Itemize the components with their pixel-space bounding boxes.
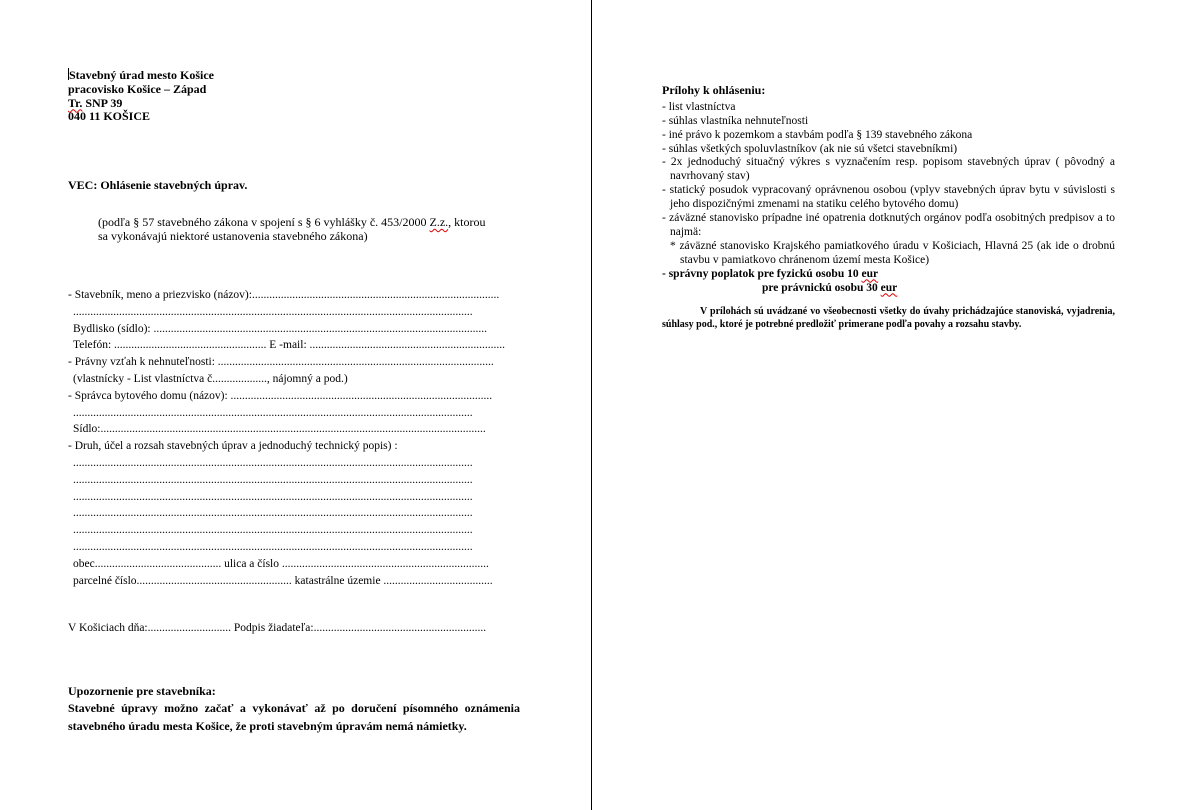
field-description-line[interactable]: ........................................…: [68, 539, 520, 556]
attachments-note: V prílohách sú uvádzané vo všeobecnosti …: [662, 305, 1115, 331]
spellcheck-mark: Z.z.: [429, 215, 448, 229]
attachments-list: - list vlastníctva - súhlas vlastníka ne…: [662, 101, 1115, 296]
address-line-2: pracovisko Košice – Západ: [68, 83, 520, 97]
field-residence[interactable]: Bydlisko (sídlo): ......................…: [68, 321, 520, 338]
field-parcel-cadastre[interactable]: parcelné číslo..........................…: [68, 573, 520, 590]
spellcheck-mark: eur: [881, 282, 898, 294]
spellcheck-mark: Tr.: [68, 96, 82, 110]
attachment-item: - iné právo k pozemkom a stavbám podľa §…: [662, 129, 1115, 143]
field-description-line[interactable]: ........................................…: [68, 472, 520, 489]
fee-legal-person: pre právnickú osobu 30 eur: [662, 282, 1115, 296]
field-phone-email[interactable]: Telefón: ...............................…: [68, 337, 520, 354]
field-description-line[interactable]: ........................................…: [68, 455, 520, 472]
attachment-item: - statický posudok vypracovaný oprávneno…: [662, 184, 1115, 212]
attachment-item: - súhlas vlastníka nehnuteľnosti: [662, 115, 1115, 129]
field-building-manager-cont[interactable]: ........................................…: [68, 405, 520, 422]
attachment-item: - súhlas všetkých spoluvlastníkov (ak ni…: [662, 143, 1115, 157]
address-line-1[interactable]: Stavebný úrad mesto Košice: [68, 68, 520, 83]
description-label: - Druh, účel a rozsah stavebných úprav a…: [68, 438, 520, 455]
field-date-signature[interactable]: V Košiciach dňa:........................…: [68, 620, 520, 637]
attachments-title: Prílohy k ohláseniu:: [662, 84, 1115, 98]
legal-relation-hint: (vlastnícky - List vlastníctva č........…: [68, 371, 520, 388]
recipient-address: Stavebný úrad mesto Košice pracovisko Ko…: [68, 68, 520, 124]
warning-title: Upozornenie pre stavebníka:: [68, 685, 520, 699]
spellcheck-mark: eur: [861, 268, 878, 280]
field-seat[interactable]: Sídlo:..................................…: [68, 421, 520, 438]
subject-heading: VEC: Ohlásenie stavebných úprav.: [68, 179, 520, 193]
field-description-line[interactable]: ........................................…: [68, 489, 520, 506]
attachment-item: - 2x jednoduchý situačný výkres s vyznač…: [662, 156, 1115, 184]
page-left: Stavebný úrad mesto Košice pracovisko Ko…: [68, 68, 520, 735]
fee-natural-person: - správny poplatok pre fyzickú osobu 10 …: [662, 268, 1115, 282]
field-builder-name[interactable]: - Stavebník, meno a priezvisko (názov):.…: [68, 287, 520, 304]
address-line-4: 040 11 KOŠICE: [68, 110, 520, 124]
legal-reference: (podľa § 57 stavebného zákona v spojení …: [98, 215, 520, 243]
page-right: Prílohy k ohláseniu: - list vlastníctva …: [662, 84, 1115, 331]
attachment-item: - list vlastníctva: [662, 101, 1115, 115]
field-builder-name-cont[interactable]: ........................................…: [68, 304, 520, 321]
field-building-manager[interactable]: - Správca bytového domu (názov): .......…: [68, 388, 520, 405]
field-description-line[interactable]: ........................................…: [68, 522, 520, 539]
builder-warning: Upozornenie pre stavebníka: Stavebné úpr…: [68, 685, 520, 735]
field-legal-relation[interactable]: - Právny vzťah k nehnuteľnosti: ........…: [68, 354, 520, 371]
application-form: - Stavebník, meno a priezvisko (názov):.…: [68, 287, 520, 637]
field-municipality-street[interactable]: obec....................................…: [68, 556, 520, 573]
attachment-subitem: * záväzné stanovisko Krajského pamiatkov…: [670, 240, 1115, 268]
field-description-line[interactable]: ........................................…: [68, 505, 520, 522]
page-divider: [591, 0, 592, 810]
address-line-3: Tr. SNP 39: [68, 97, 520, 111]
warning-text: Stavebné úpravy možno začať a vykonávať …: [68, 699, 520, 735]
attachment-item: - záväzné stanovisko prípadne iné opatre…: [662, 212, 1115, 240]
